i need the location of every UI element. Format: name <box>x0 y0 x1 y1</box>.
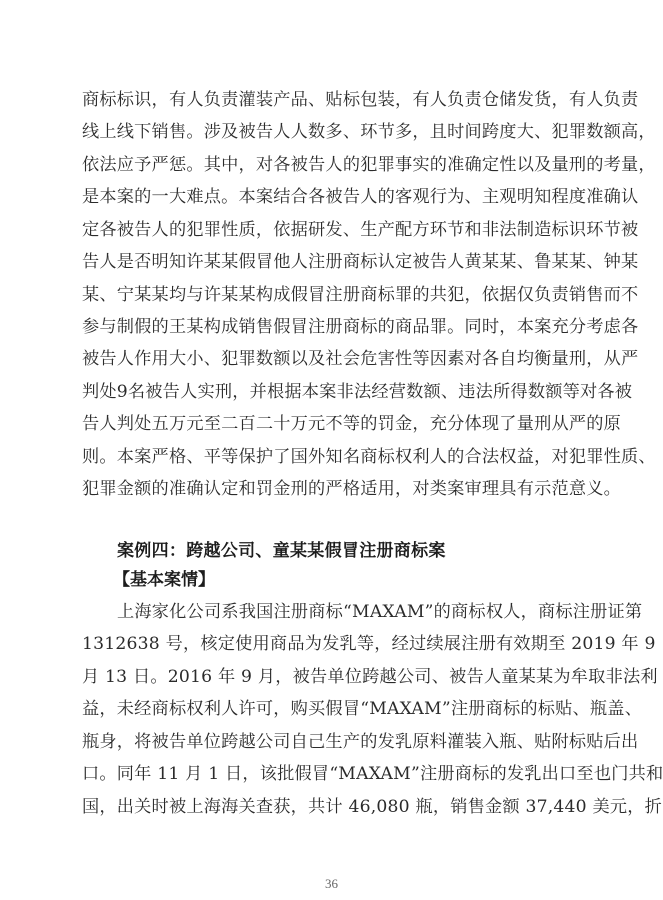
text-line: 商标标识，有人负责灌装产品、贴标包装，有人负责仓储发货，有人负责 <box>82 88 580 112</box>
case-title: 案例四：跨越公司、童某某假冒注册商标案 <box>117 539 446 563</box>
text-line: 口。同年 11 月 1 日，该批假冒“MAXAM”注册商标的发乳出口至也门共和 <box>82 762 580 786</box>
text-line: 犯罪金额的准确认定和罚金刑的严格适用，对类案审理具有示范意义。 <box>82 477 580 501</box>
section-heading: 【基本案情】 <box>113 568 215 592</box>
text-line: 1312638 号，核定使用商品为发乳等，经过续展注册有效期至 2019 年 9 <box>82 632 580 656</box>
text-line: 益，未经商标权利人许可，购买假冒“MAXAM”注册商标的标贴、瓶盖、 <box>82 697 580 721</box>
text-line: 月 13 日。2016 年 9 月，被告单位跨越公司、被告人童某某为牟取非法利 <box>82 665 580 689</box>
text-line: 告人判处五万元至二百二十万元不等的罚金，充分体现了量刑从严的原 <box>82 412 580 436</box>
text-line: 某、宁某某均与许某某构成假冒注册商标罪的共犯，依据仅负责销售而不 <box>82 283 580 307</box>
document-page: 商标标识，有人负责灌装产品、贴标包装，有人负责仓储发货，有人负责 线上线下销售。… <box>0 0 663 900</box>
text-line: 国，出关时被上海海关查获，共计 46,080 瓶，销售金额 37,440 美元，… <box>82 795 580 819</box>
text-line: 上海家化公司系我国注册商标“MAXAM”的商标权人，商标注册证第 <box>117 600 580 624</box>
text-line: 判处9名被告人实刑，并根据本案非法经营数额、违法所得数额等对各被 <box>82 380 580 404</box>
text-line: 告人是否明知许某某假冒他人注册商标认定被告人黄某某、鲁某某、钟某 <box>82 250 580 274</box>
text-line: 瓶身，将被告单位跨越公司自己生产的发乳原料灌装入瓶、贴附标贴后出 <box>82 730 580 754</box>
text-line: 参与制假的王某构成销售假冒注册商标的商品罪。同时，本案充分考虑各 <box>82 315 580 339</box>
text-line: 被告人作用大小、犯罪数额以及社会危害性等因素对各自均衡量刑，从严 <box>82 347 580 371</box>
text-line: 定各被告人的犯罪性质，依据研发、生产配方环节和非法制造标识环节被 <box>82 218 580 242</box>
text-line: 则。本案严格、平等保护了国外知名商标权利人的合法权益，对犯罪性质、 <box>82 445 580 469</box>
page-number: 36 <box>0 876 663 892</box>
text-line: 依法应予严惩。其中，对各被告人的犯罪事实的准确定性以及量刑的考量， <box>82 153 580 177</box>
text-line: 是本案的一大难点。本案结合各被告人的客观行为、主观明知程度准确认 <box>82 185 580 209</box>
text-line: 线上线下销售。涉及被告人人数多、环节多，且时间跨度大、犯罪数额高， <box>82 120 580 144</box>
